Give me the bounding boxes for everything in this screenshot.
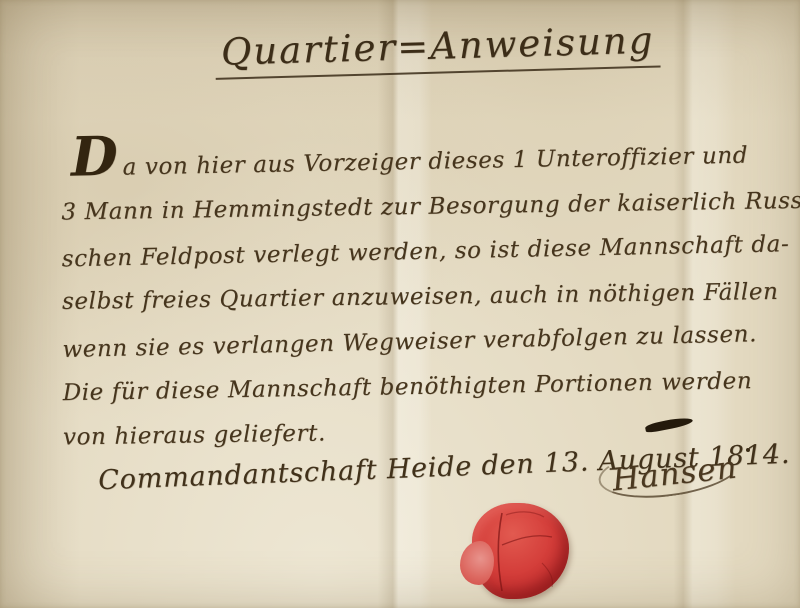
seal-crack-lines bbox=[472, 503, 569, 599]
signature-flourish bbox=[645, 416, 694, 434]
wax-seal bbox=[472, 503, 569, 599]
document-page: Quartier=Anweisung Da von hier aus Vorze… bbox=[0, 0, 800, 608]
title-block: Quartier=Anweisung bbox=[214, 21, 565, 80]
signature-block: Hansen bbox=[600, 408, 780, 518]
ink-dot bbox=[746, 448, 750, 452]
document-title: Quartier=Anweisung bbox=[214, 18, 661, 79]
